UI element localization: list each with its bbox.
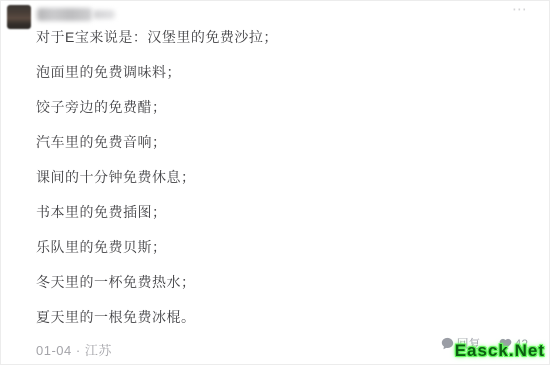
more-options-icon[interactable]: ⋯ [512, 2, 529, 18]
reply-button[interactable]: 回复 [441, 335, 481, 352]
post-line: 对于E宝来说是：汉堡里的免费沙拉； [36, 30, 516, 45]
post-line: 课间的十分钟免费休息； [36, 170, 516, 185]
post-line: 书本里的免费插图； [36, 205, 516, 220]
post-actions: 回复 42 [441, 335, 528, 352]
meta-separator: · [76, 343, 81, 358]
username-badge-blurred [93, 10, 115, 19]
username-blurred[interactable] [37, 8, 92, 21]
post-meta: 01-04 · 江苏 [36, 340, 112, 359]
post-line: 泡面里的免费调味料； [36, 65, 516, 80]
heart-icon [499, 338, 512, 350]
like-count: 42 [515, 337, 528, 351]
post-location: 江苏 [85, 343, 112, 358]
comment-post: ⋯ 对于E宝来说是：汉堡里的免费沙拉； 泡面里的免费调味料； 饺子旁边的免费醋；… [0, 0, 550, 365]
reply-bubble-icon [441, 337, 454, 350]
post-content: 对于E宝来说是：汉堡里的免费沙拉； 泡面里的免费调味料； 饺子旁边的免费醋； 汽… [36, 30, 516, 345]
post-line: 夏天里的一根免费冰棍。 [36, 310, 516, 325]
post-date: 01-04 [36, 343, 72, 358]
post-line: 饺子旁边的免费醋； [36, 100, 516, 115]
post-line: 冬天里的一杯免费热水； [36, 275, 516, 290]
post-line: 汽车里的免费音响； [36, 135, 516, 150]
avatar[interactable] [7, 5, 31, 29]
post-line: 乐队里的免费贝斯； [36, 240, 516, 255]
like-button[interactable]: 42 [499, 337, 528, 351]
reply-label: 回复 [457, 335, 481, 352]
